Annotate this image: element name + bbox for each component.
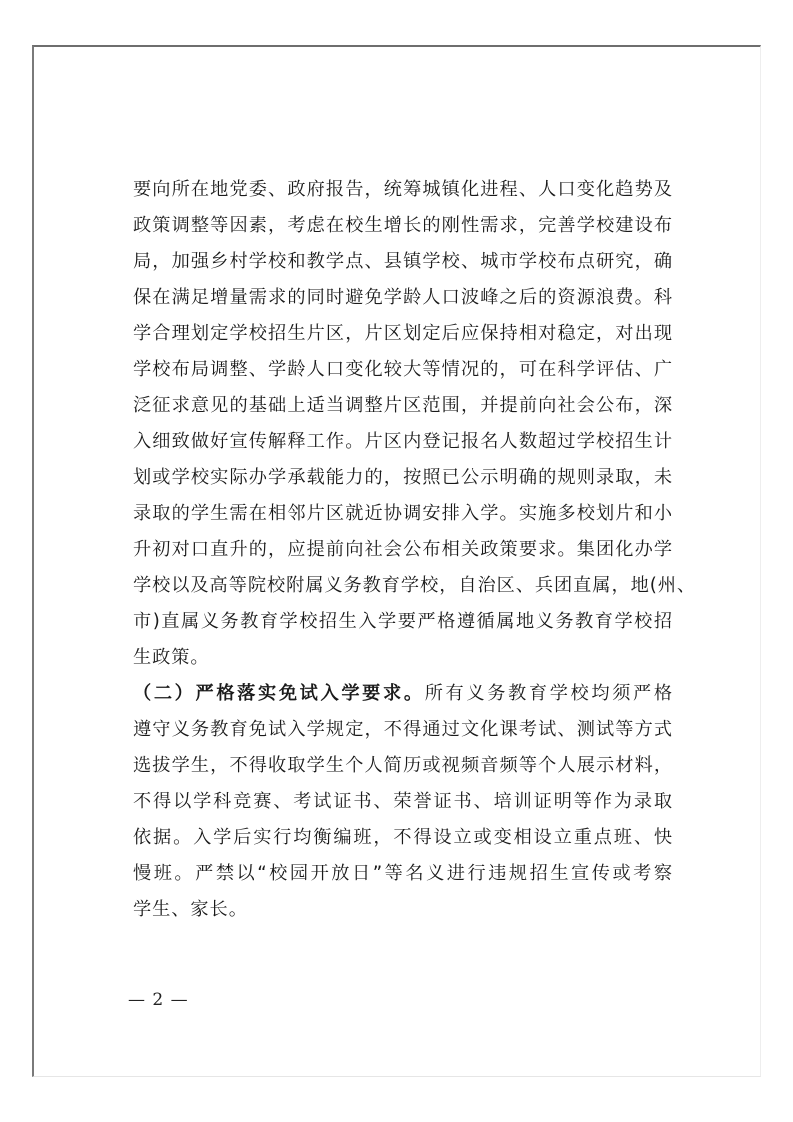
text-line: 学校布局调整、学龄人口变化较大等情况的，可在科学评估、广: [133, 352, 673, 388]
section-heading: （二）严格落实免试入学要求。: [133, 683, 425, 704]
text-line: 不得以学科竞赛、考试证书、荣誉证书、培训证明等作为录取: [133, 784, 673, 820]
text-line: 选拔学生，不得收取学生个人简历或视频音频等个人展示材料，: [133, 748, 673, 784]
text-line: 局，加强乡村学校和教学点、县镇学校、城市学校布点研究，确: [133, 244, 673, 280]
text-line: 遵守义务教育免试入学规定，不得通过文化课考试、测试等方式: [133, 712, 673, 748]
text-line: 入细致做好宣传解释工作。片区内登记报名人数超过学校招生计: [133, 424, 673, 460]
text-line: 慢班。严禁以“校园开放日”等名义进行违规招生宣传或考察: [133, 856, 673, 892]
text-line: 泛征求意见的基础上适当调整片区范围，并提前向社会公布，深: [133, 388, 673, 424]
text-line: 依据。入学后实行均衡编班，不得设立或变相设立重点班、快: [133, 820, 673, 856]
text-line: 要向所在地党委、政府报告，统筹城镇化进程、人口变化趋势及: [133, 172, 673, 208]
paragraph-1: 要向所在地党委、政府报告，统筹城镇化进程、人口变化趋势及 政策调整等因素，考虑在…: [133, 172, 673, 676]
text-line: 学校以及高等院校附属义务教育学校，自治区、兵团直属，地(州、: [133, 568, 673, 604]
text-line-with-heading: （二）严格落实免试入学要求。所有义务教育学校均须严格: [133, 676, 673, 712]
text-line: 学合理划定学校招生片区，片区划定后应保持相对稳定，对出现: [133, 316, 673, 352]
paragraph-2: （二）严格落实免试入学要求。所有义务教育学校均须严格 遵守义务教育免试入学规定，…: [133, 676, 673, 928]
text-line: 生政策。: [133, 640, 673, 676]
text-line: 学生、家长。: [133, 892, 673, 928]
text-line: 划或学校实际办学承载能力的，按照已公示明确的规则录取，未: [133, 460, 673, 496]
text-line: 升初对口直升的，应提前向社会公布相关政策要求。集团化办学: [133, 532, 673, 568]
text-run: 所有义务教育学校均须严格: [425, 683, 673, 704]
document-body: 要向所在地党委、政府报告，统筹城镇化进程、人口变化趋势及 政策调整等因素，考虑在…: [133, 172, 673, 928]
page-number: — 2 —: [128, 990, 189, 1010]
text-line: 政策调整等因素，考虑在校生增长的刚性需求，完善学校建设布: [133, 208, 673, 244]
text-line: 保在满足增量需求的同时避免学龄人口波峰之后的资源浪费。科: [133, 280, 673, 316]
text-line: 录取的学生需在相邻片区就近协调安排入学。实施多校划片和小: [133, 496, 673, 532]
text-line: 市)直属义务教育学校招生入学要严格遵循属地义务教育学校招: [133, 604, 673, 640]
